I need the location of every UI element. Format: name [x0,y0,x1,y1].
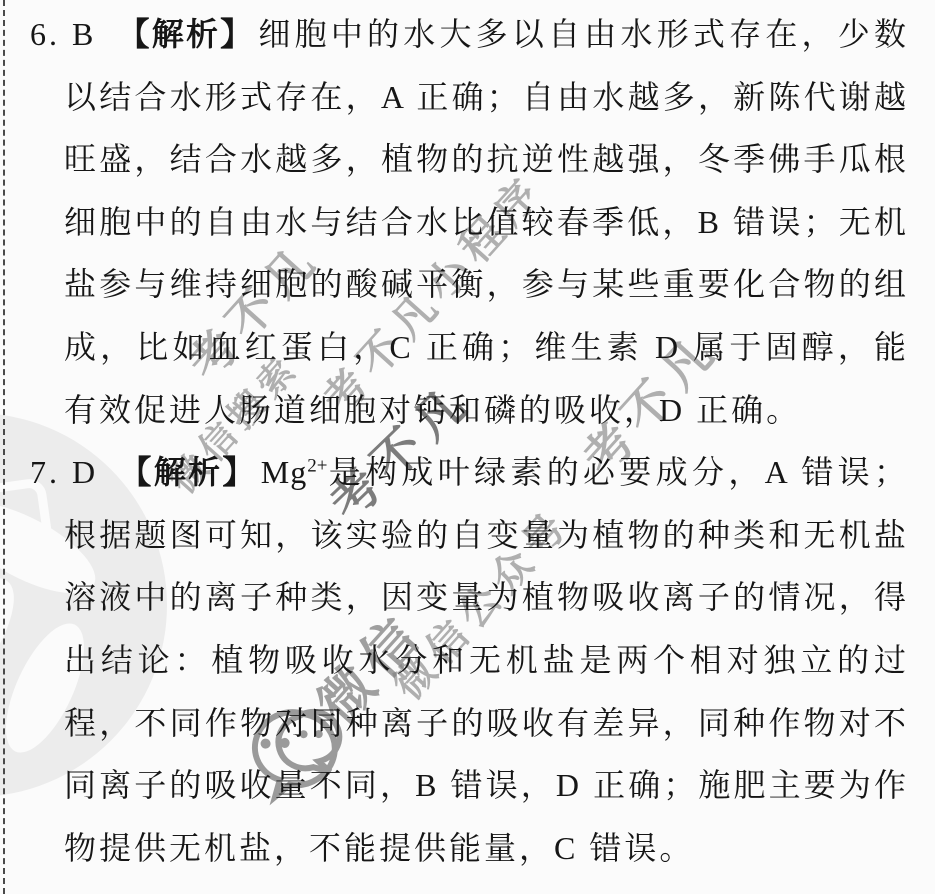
analysis-text: 细胞中的水大多以自由水形式存在，少数以结合水形式存在，A 正确；自由水越多，新陈… [64,16,909,428]
formula-base: Mg [261,454,307,490]
answer-item-6: 6.B【解析】细胞中的水大多以自由水形式存在，少数以结合水形式存在，A 正确；自… [30,3,909,441]
question-number: 7. [30,454,60,490]
answers-content: 6.B【解析】细胞中的水大多以自由水形式存在，少数以结合水形式存在，A 正确；自… [0,0,935,894]
magnesium-ion-formula: Mg2+ [261,454,328,490]
analysis-label: 【解析】 [116,16,254,52]
answer-item-7: 7.D【解析】Mg2+是构成叶绿素的必要成分，A 错误；根据题图可知，该实验的自… [30,441,909,879]
analysis-label: 【解析】 [118,454,257,490]
answer-letter: D [72,454,98,490]
answer-sheet-page: 考不凡 微信搜索 考不凡小程序 考不凡 微信 微信公众号 考不凡 6.B【解析】… [0,0,935,894]
formula-superscript: 2+ [307,456,327,477]
question-number: 6. [30,16,60,52]
answer-letter: B [72,16,96,52]
analysis-text: 是构成叶绿素的必要成分，A 错误；根据题图可知，该实验的自变量为植物的种类和无机… [64,454,909,866]
